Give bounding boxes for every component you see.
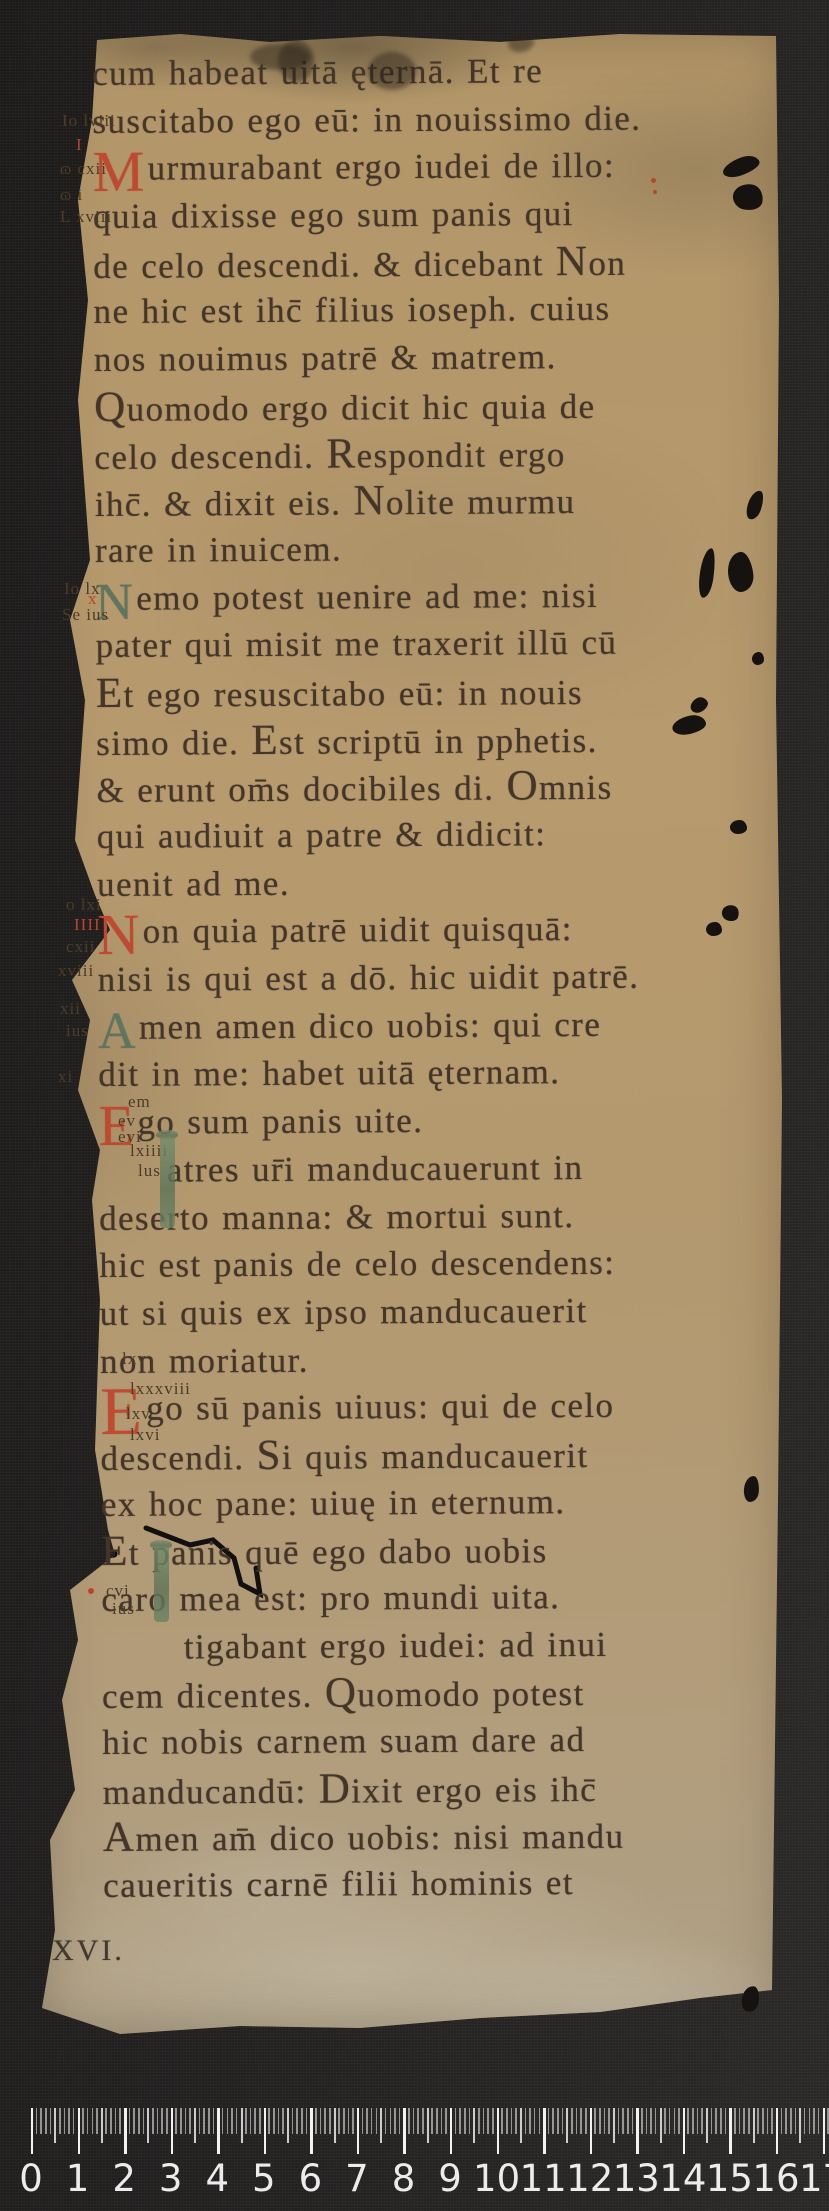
ruler-label: 0 <box>19 2157 43 2200</box>
text-segment: on quia patrē uidit quisquā: <box>143 909 573 951</box>
text-segment: t panis quē ego dabo uobis <box>129 1532 548 1574</box>
ruler-tick <box>171 2108 173 2154</box>
ruler-tick <box>455 2108 457 2134</box>
ruler-tick <box>166 2108 168 2134</box>
ruler-tick <box>823 2108 825 2154</box>
margin-annotation: em <box>128 1093 151 1110</box>
margin-annotation: ɷ cxii <box>60 160 107 177</box>
margin-annotation: lxv <box>126 1405 151 1422</box>
ruler-tick <box>101 2108 103 2143</box>
ruler-tick <box>408 2108 410 2134</box>
ruler-tick <box>804 2108 806 2134</box>
manuscript-line: Amen amen dico uobis: qui cre <box>98 1000 718 1051</box>
ruler-tick <box>129 2108 131 2134</box>
ruler-tick <box>208 2108 210 2134</box>
ruler-label: 5 <box>252 2157 276 2200</box>
ruler-tick <box>343 2108 345 2134</box>
ruler-tick <box>478 2108 480 2134</box>
text-segment: hic est panis de celo descendens: <box>99 1243 615 1285</box>
ruler-tick <box>506 2108 508 2134</box>
ruler-tick <box>785 2108 787 2134</box>
ruler-tick <box>92 2108 94 2134</box>
margin-annotation: lxv <box>122 1350 147 1367</box>
ruler-tick <box>385 2108 387 2134</box>
text-segment: A <box>103 1814 136 1861</box>
ruler-tick <box>287 2108 289 2143</box>
ruler-tick <box>236 2108 238 2134</box>
ruler-tick <box>627 2108 629 2134</box>
ruler-tick <box>50 2108 52 2134</box>
text-segment: E <box>251 716 279 763</box>
ruler-tick <box>329 2108 331 2134</box>
manuscript-line: Murmurabant ergo iudei de illo: <box>93 142 713 193</box>
ruler-tick <box>571 2108 573 2134</box>
manuscript-line: manducandū: Dixit ergo eis ihc̄ <box>102 1763 722 1814</box>
ruler-tick <box>757 2108 759 2134</box>
text-segment: Q <box>325 1670 358 1717</box>
manuscript-line: ut si quis ex ipso manducauerit <box>100 1286 720 1337</box>
ruler-tick <box>683 2108 685 2154</box>
text-segment: cum habeat uitā ęternā. Et re <box>92 51 543 93</box>
ruler-tick <box>399 2108 401 2134</box>
ruler-tick <box>594 2108 596 2134</box>
ruler-label: 14 <box>659 2157 706 2200</box>
text-segment: S <box>256 1432 282 1479</box>
ruler-tick <box>678 2108 680 2134</box>
ruler-tick <box>720 2108 722 2134</box>
ruler-tick <box>818 2108 820 2134</box>
text-segment: atres ur̄i manducauerunt in <box>167 1148 584 1190</box>
manuscript-line: rare in inuicem. <box>95 523 715 574</box>
ruler-tick <box>306 2108 308 2134</box>
ruler-tick <box>520 2108 522 2143</box>
ruler-tick <box>473 2108 475 2143</box>
ruler-tick <box>604 2108 606 2134</box>
manuscript-line: Quomodo ergo dicit hic quia de <box>94 380 714 431</box>
text-segment: quia dixisse ego sum panis qui <box>93 194 574 236</box>
ruler-tick <box>487 2108 489 2134</box>
text-segment: celo descendi. <box>94 436 326 476</box>
ruler-tick <box>599 2108 601 2134</box>
ruler-tick <box>636 2108 638 2154</box>
manuscript-line: quia dixisse ego sum panis qui <box>93 189 713 240</box>
folio-mark: XVI. <box>52 1934 125 1968</box>
text-segment: R <box>326 430 356 477</box>
margin-annotation: cvi <box>106 1582 130 1599</box>
ruler-tick <box>143 2108 145 2134</box>
ruler-label: 1 <box>66 2157 90 2200</box>
margin-annotation: I <box>76 136 83 153</box>
ruler-tick <box>119 2108 121 2134</box>
ruler-tick <box>73 2108 75 2134</box>
manuscript-line: Ego sū panis uiuus: qui de celo <box>100 1381 720 1432</box>
margin-annotation: ius <box>112 1600 135 1617</box>
ruler-tick <box>115 2108 117 2134</box>
text-segment: i quis manducauerit <box>282 1436 589 1477</box>
ruler-tick <box>64 2108 66 2134</box>
ruler-tick <box>227 2108 229 2134</box>
text-segment: nos nouimus patrē & matrem. <box>94 337 557 379</box>
ruler-tick <box>529 2108 531 2134</box>
ruler-tick <box>315 2108 317 2134</box>
ruler-tick <box>711 2108 713 2134</box>
ruler-tick <box>552 2108 554 2134</box>
ruler-tick <box>45 2108 47 2134</box>
ruler-tick <box>809 2108 811 2134</box>
ink-blot <box>752 652 764 665</box>
ruler-tick <box>264 2108 266 2154</box>
text-segment: suscitabo ego eū: in nouissimo die. <box>92 98 641 140</box>
text-segment: nisi is qui est a dō. hic uidit patrē. <box>98 957 640 999</box>
illuminated-initial: N <box>97 912 141 957</box>
text-segment: E <box>101 1528 129 1575</box>
ruler-tick <box>199 2108 201 2134</box>
ruler-tick <box>87 2108 89 2134</box>
ruler-tick <box>674 2108 676 2134</box>
text-segment: t ego resuscitabo eū: in nouis <box>123 673 583 715</box>
ruler-tick <box>403 2108 405 2154</box>
text-segment: go sū panis uiuus: qui de celo <box>146 1386 614 1428</box>
text-segment: mnis <box>539 768 613 807</box>
ruler-label: 6 <box>299 2157 323 2200</box>
ruler-tick <box>213 2108 215 2134</box>
ruler-tick <box>31 2108 33 2154</box>
manuscript-line: caueritis carnē filii hominis et <box>103 1858 723 1909</box>
ruler-tick <box>706 2108 708 2143</box>
margin-annotation: Io lviii <box>62 112 116 129</box>
ruler-tick <box>715 2108 717 2134</box>
ruler-tick <box>380 2108 382 2143</box>
manuscript-line: Non quia patrē uidit quisquā: <box>97 905 717 956</box>
ruler-label: 16 <box>752 2157 799 2200</box>
ruler-tick <box>436 2108 438 2134</box>
manuscript-line: descendi. Si quis manducauerit <box>100 1429 720 1480</box>
ruler-tick <box>138 2108 140 2134</box>
ruler-tick <box>562 2108 564 2134</box>
ruler-tick <box>795 2108 797 2134</box>
text-segment: cem dicentes. <box>102 1676 325 1716</box>
ruler-label: 17 <box>799 2157 829 2200</box>
ruler-tick <box>669 2108 671 2134</box>
text-segment: O <box>506 763 539 810</box>
text-segment: olite murmu <box>386 482 576 522</box>
text-segment: ihc̄. & dixit eis. <box>95 484 354 525</box>
manuscript-line: celo descendi. Respondit ergo <box>94 428 714 479</box>
text-segment: espondit ergo <box>356 435 565 475</box>
ruler-tick <box>217 2108 219 2154</box>
manuscript-line: cem dicentes. Quomodo potest <box>102 1668 722 1719</box>
ruler-tick <box>152 2108 154 2134</box>
text-segment: & erunt om̄s docibiles di. <box>96 769 506 811</box>
ruler-tick <box>320 2108 322 2134</box>
manuscript-line: nos nouimus patrē & matrem. <box>94 332 714 383</box>
margin-annotation: Se ius <box>62 606 109 623</box>
ruler-tick <box>110 2108 112 2134</box>
ruler-tick <box>268 2108 270 2134</box>
text-segment: dit in me: habet uitā ęternam. <box>98 1053 560 1095</box>
ruler-tick <box>250 2108 252 2134</box>
red-speck <box>653 190 657 194</box>
ruler-label: 4 <box>205 2157 229 2200</box>
manuscript-line: de celo descendi. & dicebant Non <box>93 237 713 288</box>
ruler-label: 15 <box>706 2157 753 2200</box>
ruler-tick <box>548 2108 550 2134</box>
ruler-tick <box>739 2108 741 2134</box>
ink-blot <box>730 820 747 834</box>
ruler-tick <box>483 2108 485 2134</box>
illuminated-initial: A <box>98 1010 137 1052</box>
manuscript-line: dit in me: habet uitā ęternam. <box>98 1048 718 1099</box>
manuscript-line: Nemo potest uenire ad me: nisi <box>95 571 715 622</box>
ruler-tick <box>445 2108 447 2134</box>
ruler-tick <box>664 2108 666 2134</box>
ruler-tick <box>301 2108 303 2134</box>
ruler-tick <box>352 2108 354 2134</box>
measurement-ruler-cm: 01234567891011121314151617 <box>0 2085 829 2211</box>
text-segment: ixit ergo eis ihc̄ <box>351 1770 597 1811</box>
manuscript-line: qui audiuit a patre & didicit: <box>97 809 717 860</box>
ruler-tick <box>697 2108 699 2134</box>
ruler-tick <box>576 2108 578 2134</box>
manuscript-line: hic nobis carnem suam dare ad <box>102 1715 722 1766</box>
ruler-tick <box>54 2108 56 2143</box>
ruler-tick <box>413 2108 415 2134</box>
text-segment: tigabant ergo iudei: ad inui <box>184 1625 608 1667</box>
margin-annotation: L xviii <box>60 208 112 225</box>
ruler-label: 13 <box>613 2157 660 2200</box>
ruler-tick <box>157 2108 159 2134</box>
ruler-tick <box>585 2108 587 2134</box>
ruler-tick <box>40 2108 42 2134</box>
text-segment: ut si quis ex ipso manducauerit <box>100 1291 588 1333</box>
manuscript-line: caro mea est: pro mundi uita. <box>101 1572 721 1623</box>
text-segment: simo die. <box>96 723 251 763</box>
ruler-tick <box>450 2108 452 2154</box>
text-segment: caueritis carnē filii hominis et <box>103 1863 574 1905</box>
ruler-tick <box>82 2108 84 2134</box>
ruler-tick <box>133 2108 135 2134</box>
ruler-tick <box>310 2108 312 2154</box>
margin-annotation: ɷ i <box>60 186 83 203</box>
ruler-tick <box>646 2108 648 2134</box>
text-segment: urmurabant ergo iudei de illo: <box>148 146 616 188</box>
ruler-label: 2 <box>112 2157 136 2200</box>
ruler-tick <box>366 2108 368 2134</box>
red-speck <box>88 1588 94 1594</box>
ruler-tick <box>650 2108 652 2134</box>
ruler-tick <box>608 2108 610 2134</box>
text-segment: uomodo potest <box>357 1674 585 1714</box>
ruler-tick <box>557 2108 559 2134</box>
ruler-tick <box>687 2108 689 2134</box>
ruler-tick <box>734 2108 736 2134</box>
ruler-tick <box>655 2108 657 2134</box>
ruler-tick <box>231 2108 233 2134</box>
ruler-tick <box>96 2108 98 2134</box>
text-segment: ex hoc pane: uiuę in eternum. <box>101 1482 566 1524</box>
ruler-tick <box>539 2108 541 2134</box>
manuscript-line: tigabant ergo iudei: ad inui <box>102 1620 722 1671</box>
ruler-tick <box>282 2108 284 2134</box>
text-segment: hic nobis carnem suam dare ad <box>102 1720 585 1762</box>
ruler-tick <box>222 2108 224 2134</box>
text-segment: N <box>353 477 386 524</box>
ruler-tick <box>78 2108 80 2154</box>
margin-annotation: lus <box>138 1162 161 1179</box>
margin-annotation: xi <box>58 1068 73 1085</box>
ruler-tick <box>245 2108 247 2134</box>
ruler-tick <box>580 2108 582 2134</box>
text-segment: pater qui misit me traxerit illū cū <box>96 623 618 665</box>
margin-annotation: lxxxviii <box>130 1380 191 1397</box>
ruler-tick <box>497 2108 499 2154</box>
ruler-tick <box>390 2108 392 2134</box>
text-segment: on <box>588 243 626 282</box>
ruler-tick <box>194 2108 196 2143</box>
ruler-tick <box>701 2108 703 2134</box>
manuscript-line: pater qui misit me traxerit illū cū <box>95 618 715 669</box>
margin-annotation: o lxi <box>66 896 102 913</box>
ruler-tick <box>618 2108 620 2134</box>
manuscript-line: ex hoc pane: uiuę in eternum. <box>101 1477 721 1528</box>
ruler-tick <box>511 2108 513 2134</box>
manuscript-line: nisi is qui est a dō. hic uidit patrē. <box>98 952 718 1003</box>
text-segment: men am̄ dico uobis: nisi mandu <box>135 1817 624 1859</box>
ruler-tick <box>543 2108 545 2154</box>
ruler-tick <box>459 2108 461 2134</box>
ruler-tick <box>68 2108 70 2134</box>
ruler-tick <box>813 2108 815 2134</box>
margin-annotation: IIII <box>74 916 101 933</box>
ruler-tick <box>124 2108 126 2154</box>
ruler-tick <box>175 2108 177 2134</box>
manuscript-line: ne hic est ihc̄ filius ioseph. cuius <box>93 285 713 336</box>
manuscript-line: suscitabo ego eū: in nouissimo die. <box>92 94 712 145</box>
ruler-tick <box>492 2108 494 2134</box>
ruler-tick <box>464 2108 466 2134</box>
ruler-tick <box>748 2108 750 2134</box>
ruler-tick <box>566 2108 568 2143</box>
ruler-label: 10 <box>473 2157 520 2200</box>
ruler-tick <box>338 2108 340 2134</box>
ruler-tick <box>371 2108 373 2134</box>
ruler-tick <box>729 2108 731 2154</box>
ruler-tick <box>180 2108 182 2134</box>
manuscript-line: uenit ad me. <box>97 857 717 908</box>
ruler-tick <box>427 2108 429 2143</box>
ruler-tick <box>534 2108 536 2134</box>
ruler-tick <box>348 2108 350 2134</box>
ruler-tick <box>254 2108 256 2134</box>
manuscript-line: & erunt om̄s docibiles di. Omnis <box>96 762 716 813</box>
ruler-tick <box>469 2108 471 2134</box>
ruler-label: 7 <box>345 2157 369 2200</box>
manuscript-line: atres ur̄i manducauerunt in <box>99 1143 719 1194</box>
margin-annotation: cxii <box>66 938 96 955</box>
text-segment: men amen dico uobis: qui cre <box>139 1005 602 1047</box>
ruler-label: 12 <box>566 2157 613 2200</box>
ruler-tick <box>36 2108 38 2134</box>
text-segment: go sum panis uite. <box>137 1101 423 1142</box>
ruler-tick <box>771 2108 773 2134</box>
ruler-label: 11 <box>520 2157 567 2200</box>
ruler-tick <box>105 2108 107 2134</box>
text-segment: uomodo ergo dicit hic quia de <box>127 387 596 429</box>
ruler-tick <box>161 2108 163 2134</box>
ruler-tick <box>641 2108 643 2134</box>
text-segment: E <box>96 670 124 717</box>
ruler-tick <box>185 2108 187 2134</box>
ruler-tick <box>394 2108 396 2134</box>
ruler-tick <box>189 2108 191 2134</box>
manuscript-line: Et ego resuscitabo eū: in nouis <box>96 666 716 717</box>
ruler-tick <box>273 2108 275 2134</box>
ruler-tick <box>622 2108 624 2134</box>
text-segment: ne hic est ihc̄ filius ioseph. cuius <box>93 289 610 331</box>
ink-blot <box>368 52 416 90</box>
ruler-tick <box>590 2108 592 2154</box>
ruler-tick <box>417 2108 419 2134</box>
ruler-tick <box>334 2108 336 2143</box>
ruler-tick <box>743 2108 745 2134</box>
text-segment: caro mea est: pro mundi uita. <box>101 1577 560 1619</box>
text-segment: D <box>319 1765 352 1812</box>
ruler-label: 8 <box>392 2157 416 2200</box>
text-segment: qui audiuit a patre & didicit: <box>97 814 547 856</box>
text-segment: manducandū: <box>103 1771 319 1811</box>
ruler-tick <box>660 2108 662 2143</box>
ruler-label: 3 <box>159 2157 183 2200</box>
manuscript-line: Amen am̄ dico uobis: nisi mandu <box>103 1811 723 1862</box>
text-segment: st scriptū in pphetis. <box>279 721 598 762</box>
ruler-tick <box>147 2108 149 2143</box>
margin-annotation: xii <box>60 1000 81 1017</box>
ruler-tick <box>692 2108 694 2134</box>
manuscript-line: Ego sum panis uite. <box>98 1095 718 1146</box>
manuscript-line: hic est panis de celo descendens: <box>99 1238 719 1289</box>
ink-blot <box>250 44 310 70</box>
manuscript-line: Et panis quē ego dabo uobis <box>101 1524 721 1575</box>
ruler-tick <box>357 2108 359 2154</box>
ruler-tick <box>278 2108 280 2134</box>
ruler-tick <box>292 2108 294 2134</box>
ruler-tick <box>799 2108 801 2143</box>
ruler-tick <box>725 2108 727 2134</box>
manuscript-line: ihc̄. & dixit eis. Nolite murmu <box>95 475 715 526</box>
ruler-tick <box>59 2108 61 2134</box>
ink-blot <box>706 922 722 936</box>
text-segment: emo potest uenire ad me: nisi <box>136 575 598 617</box>
text-segment: descendi. <box>100 1438 256 1478</box>
manuscript-line: simo die. Est scriptū in pphetis. <box>96 714 716 765</box>
ruler-tick <box>767 2108 769 2134</box>
text-segment: N <box>556 238 589 285</box>
ruler-tick <box>501 2108 503 2134</box>
ruler-tick <box>259 2108 261 2134</box>
ruler-tick <box>776 2108 778 2154</box>
manuscript-line: deserto manna: & mortui sunt. <box>99 1191 719 1242</box>
ruler-tick <box>296 2108 298 2134</box>
ruler-tick <box>422 2108 424 2134</box>
ruler-tick <box>324 2108 326 2134</box>
ruler-tick <box>790 2108 792 2134</box>
initial-bar-l <box>154 1542 169 1622</box>
ruler-tick <box>525 2108 527 2134</box>
text-segment: Q <box>94 384 127 431</box>
text-segment: uenit ad me. <box>97 863 290 903</box>
text-segment: rare in inuicem. <box>95 529 342 570</box>
ruler-tick <box>241 2108 243 2143</box>
